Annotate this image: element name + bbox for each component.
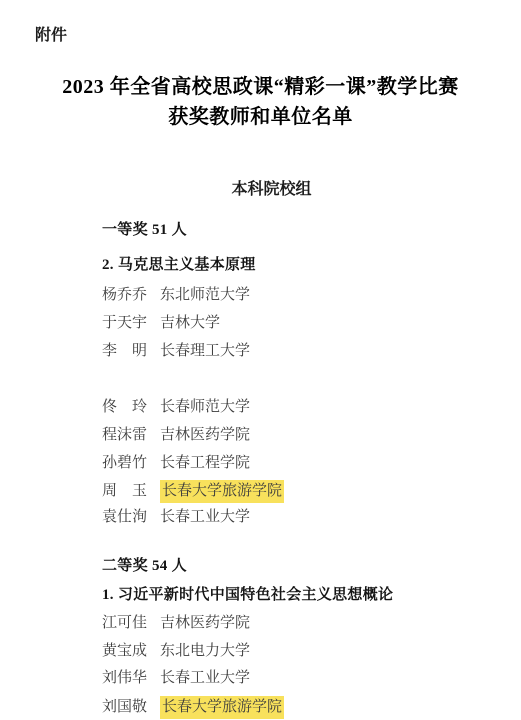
awardee-name: 李 明 (102, 342, 148, 361)
title-line-2: 获奖教师和单位名单 (0, 102, 521, 132)
course-title-marxism: 2. 马克思主义基本原理 (102, 256, 256, 275)
awardee-institution: 吉林大学 (160, 314, 220, 333)
awardee-name: 袁仕洵 (102, 508, 148, 527)
awardee-institution: 东北电力大学 (160, 642, 250, 661)
awardee-row: 孙碧竹 长春工程学院 (102, 454, 250, 473)
awardee-name: 杨乔乔 (102, 286, 148, 305)
awardee-institution: 长春师范大学 (160, 398, 250, 417)
awardee-institution: 长春大学旅游学院 (160, 480, 284, 503)
awardee-row: 江可佳 吉林医药学院 (102, 614, 250, 633)
awardee-row: 佟 玲 长春师范大学 (102, 398, 250, 417)
awardee-name: 刘伟华 (102, 669, 148, 688)
awardee-row: 黄宝成 东北电力大学 (102, 642, 250, 661)
awardee-name: 江可佳 (102, 614, 148, 633)
awardee-row: 于天宇 吉林大学 (102, 314, 220, 333)
section-header-second-prize: 二等奖 54 人 (102, 557, 187, 576)
awardee-row: 刘伟华 长春工业大学 (102, 669, 250, 688)
title-line-1: 2023 年全省高校思政课“精彩一课”教学比赛 (0, 72, 521, 102)
awardee-institution: 长春工业大学 (160, 669, 250, 688)
document-title: 2023 年全省高校思政课“精彩一课”教学比赛 获奖教师和单位名单 (0, 72, 521, 132)
awardee-name: 周 玉 (102, 482, 148, 501)
awardee-institution: 东北师范大学 (160, 286, 250, 305)
awardee-institution: 长春工业大学 (160, 508, 250, 527)
awardee-row: 周 玉 长春大学旅游学院 (102, 480, 284, 503)
document-page: 附件 2023 年全省高校思政课“精彩一课”教学比赛 获奖教师和单位名单 本科院… (0, 0, 521, 720)
awardee-name: 孙碧竹 (102, 454, 148, 473)
awardee-institution: 长春工程学院 (160, 454, 250, 473)
awardee-row: 袁仕洵 长春工业大学 (102, 508, 250, 527)
awardee-name: 黄宝成 (102, 642, 148, 661)
awardee-institution: 吉林医药学院 (160, 426, 250, 445)
attachment-label: 附件 (35, 26, 67, 46)
awardee-name: 刘国敬 (102, 698, 148, 717)
awardee-name: 于天宇 (102, 314, 148, 333)
awardee-row: 刘国敬 长春大学旅游学院 (102, 696, 284, 719)
course-title-xi-thought: 1. 习近平新时代中国特色社会主义思想概论 (102, 586, 393, 605)
awardee-institution: 吉林医药学院 (160, 614, 250, 633)
awardee-row: 程沫雷 吉林医药学院 (102, 426, 250, 445)
awardee-institution: 长春大学旅游学院 (160, 696, 284, 719)
section-header-first-prize: 一等奖 51 人 (102, 221, 187, 240)
awardee-row: 杨乔乔 东北师范大学 (102, 286, 250, 305)
awardee-name: 佟 玲 (102, 398, 148, 417)
awardee-name: 程沫雷 (102, 426, 148, 445)
awardee-row: 李 明 长春理工大学 (102, 342, 250, 361)
group-label: 本科院校组 (0, 180, 521, 200)
awardee-institution: 长春理工大学 (160, 342, 250, 361)
